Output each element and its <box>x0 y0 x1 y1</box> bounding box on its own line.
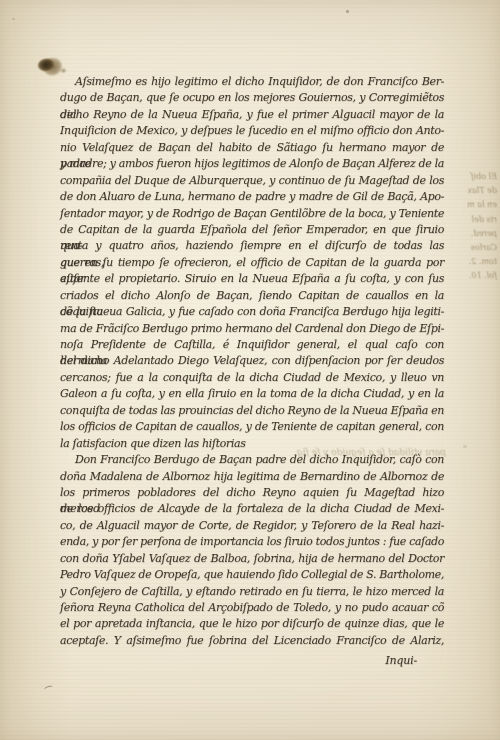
show-through-line: en la m <box>445 198 497 212</box>
show-through-line: ris del <box>445 213 497 227</box>
text-line: y Conſejero de Caſtilla, y eſtando retir… <box>60 584 444 600</box>
text-line: Aſsimeſmo es hijo legitimo el dicho Inqu… <box>60 74 444 90</box>
text-line: Galeon a ſu coſta, y en ella ſiruio en l… <box>60 386 444 402</box>
text-line: Inquiſicion de Mexico, y deſpues le ſuce… <box>60 123 444 139</box>
text-line: del dicho Adelantado Diego Velaſquez, co… <box>60 353 444 369</box>
text-line: los primeros pobladores del dicho Reyno … <box>60 485 444 501</box>
scanned-page: El obiſde Tlaxen la mris delpered.Carlos… <box>0 0 500 740</box>
text-line: co, de Alguacil mayor de Corte, de Regid… <box>60 518 444 534</box>
text-line: de Capitan de la guarda Eſpañola del ſeñ… <box>60 222 444 238</box>
text-line: noſa Preſidente de Caſtilla, é Inquiſido… <box>60 337 444 353</box>
text-line: compañia del Duque de Alburquerque, y co… <box>60 173 444 189</box>
show-through-line: El obiſ <box>445 170 497 184</box>
paper-speck <box>12 18 15 20</box>
catchword: Inqui- <box>60 653 444 669</box>
text-line: ſentador mayor, y de Rodrigo de Baçan Ge… <box>60 206 444 222</box>
text-line: ſeñora Reyna Catholica del Arçobiſpado d… <box>60 600 444 616</box>
show-through-line: pered. <box>445 227 497 241</box>
show-through-line: Carlos <box>445 241 497 255</box>
text-line: Pedro Vaſquez de Oropeſa, que hauiendo ſ… <box>60 567 444 583</box>
text-line: dugo de Baçan, que ſe ocupo en los mejor… <box>60 90 444 106</box>
text-line: con doña Yſabel Vaſquez de Balboa, ſobri… <box>60 551 444 567</box>
text-line: criados el dicho Alonſo de Baçan, ſiendo… <box>60 288 444 304</box>
text-line: cercanos; fue a la conquiſta de la dicha… <box>60 370 444 386</box>
verso-marginalia-show-through: El obiſde Tlaxen la mris delpered.Carlos… <box>445 170 497 284</box>
text-line: los officios de Capitan de cauallos, y d… <box>60 419 444 435</box>
show-through-line: fol. 10. <box>445 269 497 283</box>
text-line: el por apretada inſtancia, que le hizo p… <box>60 616 444 632</box>
text-line: que en ſu tiempo ſe ofrecieron, el offic… <box>60 255 444 271</box>
show-through-line: tom. 2. <box>445 255 497 269</box>
text-line: doña Madalena de Albornoz hija legitima … <box>60 469 444 485</box>
text-line: auſente el propietario. Siruio en la Nue… <box>60 271 444 287</box>
text-line: renta y quatro años, haziendo ſiempre en… <box>60 238 444 254</box>
paper-speck <box>346 10 349 13</box>
text-line: enda, y por ſer perſona de importancia l… <box>60 534 444 550</box>
text-line: aceptaſe. Y aſsimeſmo fue ſobrina del Li… <box>60 633 444 649</box>
text-line: de los officios de Alcayde de la fortale… <box>60 501 444 517</box>
paper-speck <box>463 445 467 448</box>
paper-mark <box>44 685 54 692</box>
text-block: Aſsimeſmo es hijo legitimo el dicho Inqu… <box>60 74 444 670</box>
text-line: ma de Frãciſco Berdugo primo hermano del… <box>60 321 444 337</box>
text-line: nio Velaſquez de Baçan del habito de Sãt… <box>60 140 444 156</box>
text-line: la ſatisfacion que dizen las hiſtorias <box>60 436 444 452</box>
text-line: dicho Reyno de la Nueua Eſpaña, y fue el… <box>60 107 444 123</box>
text-line: de don Aluaro de Luna, hermano de padre … <box>60 189 444 205</box>
show-through-line: de Tlax <box>445 184 497 198</box>
text-line: de la nueua Galicia, y fue caſado con do… <box>60 304 444 320</box>
text-line: y madre; y ambos fueron hijos legitimos … <box>60 156 444 172</box>
paragraph: Don Franciſco Berdugo de Baçan padre del… <box>60 452 444 649</box>
text-line: Don Franciſco Berdugo de Baçan padre del… <box>60 452 444 468</box>
paragraph: Aſsimeſmo es hijo legitimo el dicho Inqu… <box>60 74 444 452</box>
text-line: conquiſta de todas las prouincias del di… <box>60 403 444 419</box>
